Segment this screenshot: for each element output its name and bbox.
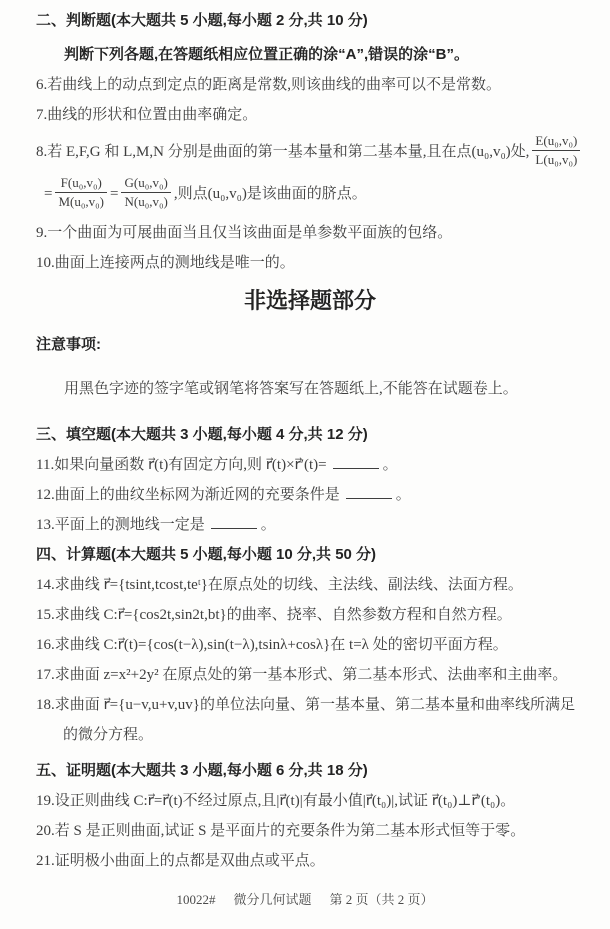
- question-19: 19.设正则曲线 C:r⃗=r⃗(t)不经过原点,且|r⃗(t)|有最小值|r⃗…: [36, 786, 584, 816]
- section-calc-heading: 四、计算题(本大题共 5 小题,每小题 10 分,共 50 分): [36, 540, 584, 570]
- question-15: 15.求曲线 C:r⃗={cos2t,sin2t,bt}的曲率、挠率、自然参数方…: [36, 600, 584, 630]
- question-11-text: 11.如果向量函数 r⃗(t)有固定方向,则 r⃗(t)×r⃗′(t)=: [36, 457, 327, 473]
- question-18: 18.求曲面 r⃗={u−v,u+v,uv}的单位法向量、第一基本量、第二基本量…: [36, 690, 584, 750]
- fraction-numerator: F(u₀,v₀): [55, 175, 107, 193]
- section-judgment-heading: 二、判断题(本大题共 5 小题,每小题 2 分,共 10 分): [36, 6, 584, 36]
- question-11: 11.如果向量函数 r⃗(t)有固定方向,则 r⃗(t)×r⃗′(t)=。: [36, 450, 584, 480]
- question-8: 8.若 E,F,G 和 L,M,N 分别是曲面的第一基本量和第二基本量,且在点(…: [36, 130, 584, 214]
- notes-heading: 注意事项:: [36, 330, 584, 360]
- question-17: 17.求曲面 z=x²+2y² 在原点处的第一基本形式、第二基本形式、法曲率和主…: [36, 660, 584, 690]
- fraction-G-over-N: G(u₀,v₀)N(u₀,v₀): [121, 175, 170, 211]
- fraction-denominator: N(u₀,v₀): [121, 193, 170, 210]
- equals-sign: =: [110, 186, 118, 202]
- answer-blank-13: [211, 514, 257, 529]
- question-8-tail: ,则点(u₀,v₀)是该曲面的脐点。: [174, 186, 367, 202]
- question-13-text: 13.平面上的测地线一定是: [36, 517, 205, 533]
- question-12-period: 。: [396, 487, 411, 503]
- fraction-F-over-M: F(u₀,v₀)M(u₀,v₀): [55, 175, 107, 211]
- question-13-period: 。: [261, 517, 276, 533]
- fraction-denominator: M(u₀,v₀): [55, 193, 107, 210]
- main-title: 非选择题部分: [36, 284, 584, 318]
- question-12-text: 12.曲面上的曲纹坐标网为渐近网的充要条件是: [36, 487, 340, 503]
- footer-page-info: 第 2 页（共 2 页）: [330, 892, 434, 907]
- footer-exam-title: 微分几何试题: [233, 892, 311, 907]
- answer-blank-12: [346, 484, 392, 499]
- exam-page: 二、判断题(本大题共 5 小题,每小题 2 分,共 10 分) 判断下列各题,在…: [0, 0, 610, 929]
- fraction-E-over-L: E(u₀,v₀)L(u₀,v₀): [532, 133, 580, 169]
- question-7: 7.曲线的形状和位置由曲率确定。: [36, 100, 584, 130]
- question-6: 6.若曲线上的动点到定点的距离是常数,则该曲线的曲率可以不是常数。: [36, 70, 584, 100]
- section-proof-heading: 五、证明题(本大题共 3 小题,每小题 6 分,共 18 分): [36, 756, 584, 786]
- question-8-lead: 8.若 E,F,G 和 L,M,N 分别是曲面的第一基本量和第二基本量,且在点(…: [36, 144, 529, 160]
- fraction-numerator: E(u₀,v₀): [532, 133, 580, 151]
- page-footer: 10022#微分几何试题第 2 页（共 2 页）: [0, 890, 610, 910]
- question-9: 9.一个曲面为可展曲面当且仅当该曲面是单参数平面族的包络。: [36, 218, 584, 248]
- question-13: 13.平面上的测地线一定是。: [36, 510, 584, 540]
- question-12: 12.曲面上的曲纹坐标网为渐近网的充要条件是。: [36, 480, 584, 510]
- question-20: 20.若 S 是正则曲面,试证 S 是平面片的充要条件为第二基本形式恒等于零。: [36, 816, 584, 846]
- footer-exam-code: 10022#: [176, 892, 215, 907]
- question-16: 16.求曲线 C:r⃗(t)={cos(t−λ),sin(t−λ),tsinλ+…: [36, 630, 584, 660]
- question-11-period: 。: [383, 457, 398, 473]
- answer-blank-11: [333, 454, 379, 469]
- question-8-line1: 8.若 E,F,G 和 L,M,N 分别是曲面的第一基本量和第二基本量,且在点(…: [36, 130, 584, 174]
- question-8-line2: =F(u₀,v₀)M(u₀,v₀)=G(u₀,v₀)N(u₀,v₀),则点(u₀…: [44, 174, 584, 214]
- notes-body: 用黑色字迹的签字笔或钢笔将答案写在答题纸上,不能答在试题卷上。: [36, 374, 584, 404]
- question-10: 10.曲面上连接两点的测地线是唯一的。: [36, 248, 584, 278]
- fraction-numerator: G(u₀,v₀): [121, 175, 170, 193]
- question-21: 21.证明极小曲面上的点都是双曲点或平点。: [36, 846, 584, 876]
- section-fill-heading: 三、填空题(本大题共 3 小题,每小题 4 分,共 12 分): [36, 420, 584, 450]
- question-14: 14.求曲线 r⃗={tsint,tcost,teᵗ}在原点处的切线、主法线、副…: [36, 570, 584, 600]
- judgment-instruction: 判断下列各题,在答题纸相应位置正确的涂“A”,错误的涂“B”。: [36, 40, 584, 70]
- equals-sign: =: [44, 186, 52, 202]
- fraction-denominator: L(u₀,v₀): [532, 151, 580, 168]
